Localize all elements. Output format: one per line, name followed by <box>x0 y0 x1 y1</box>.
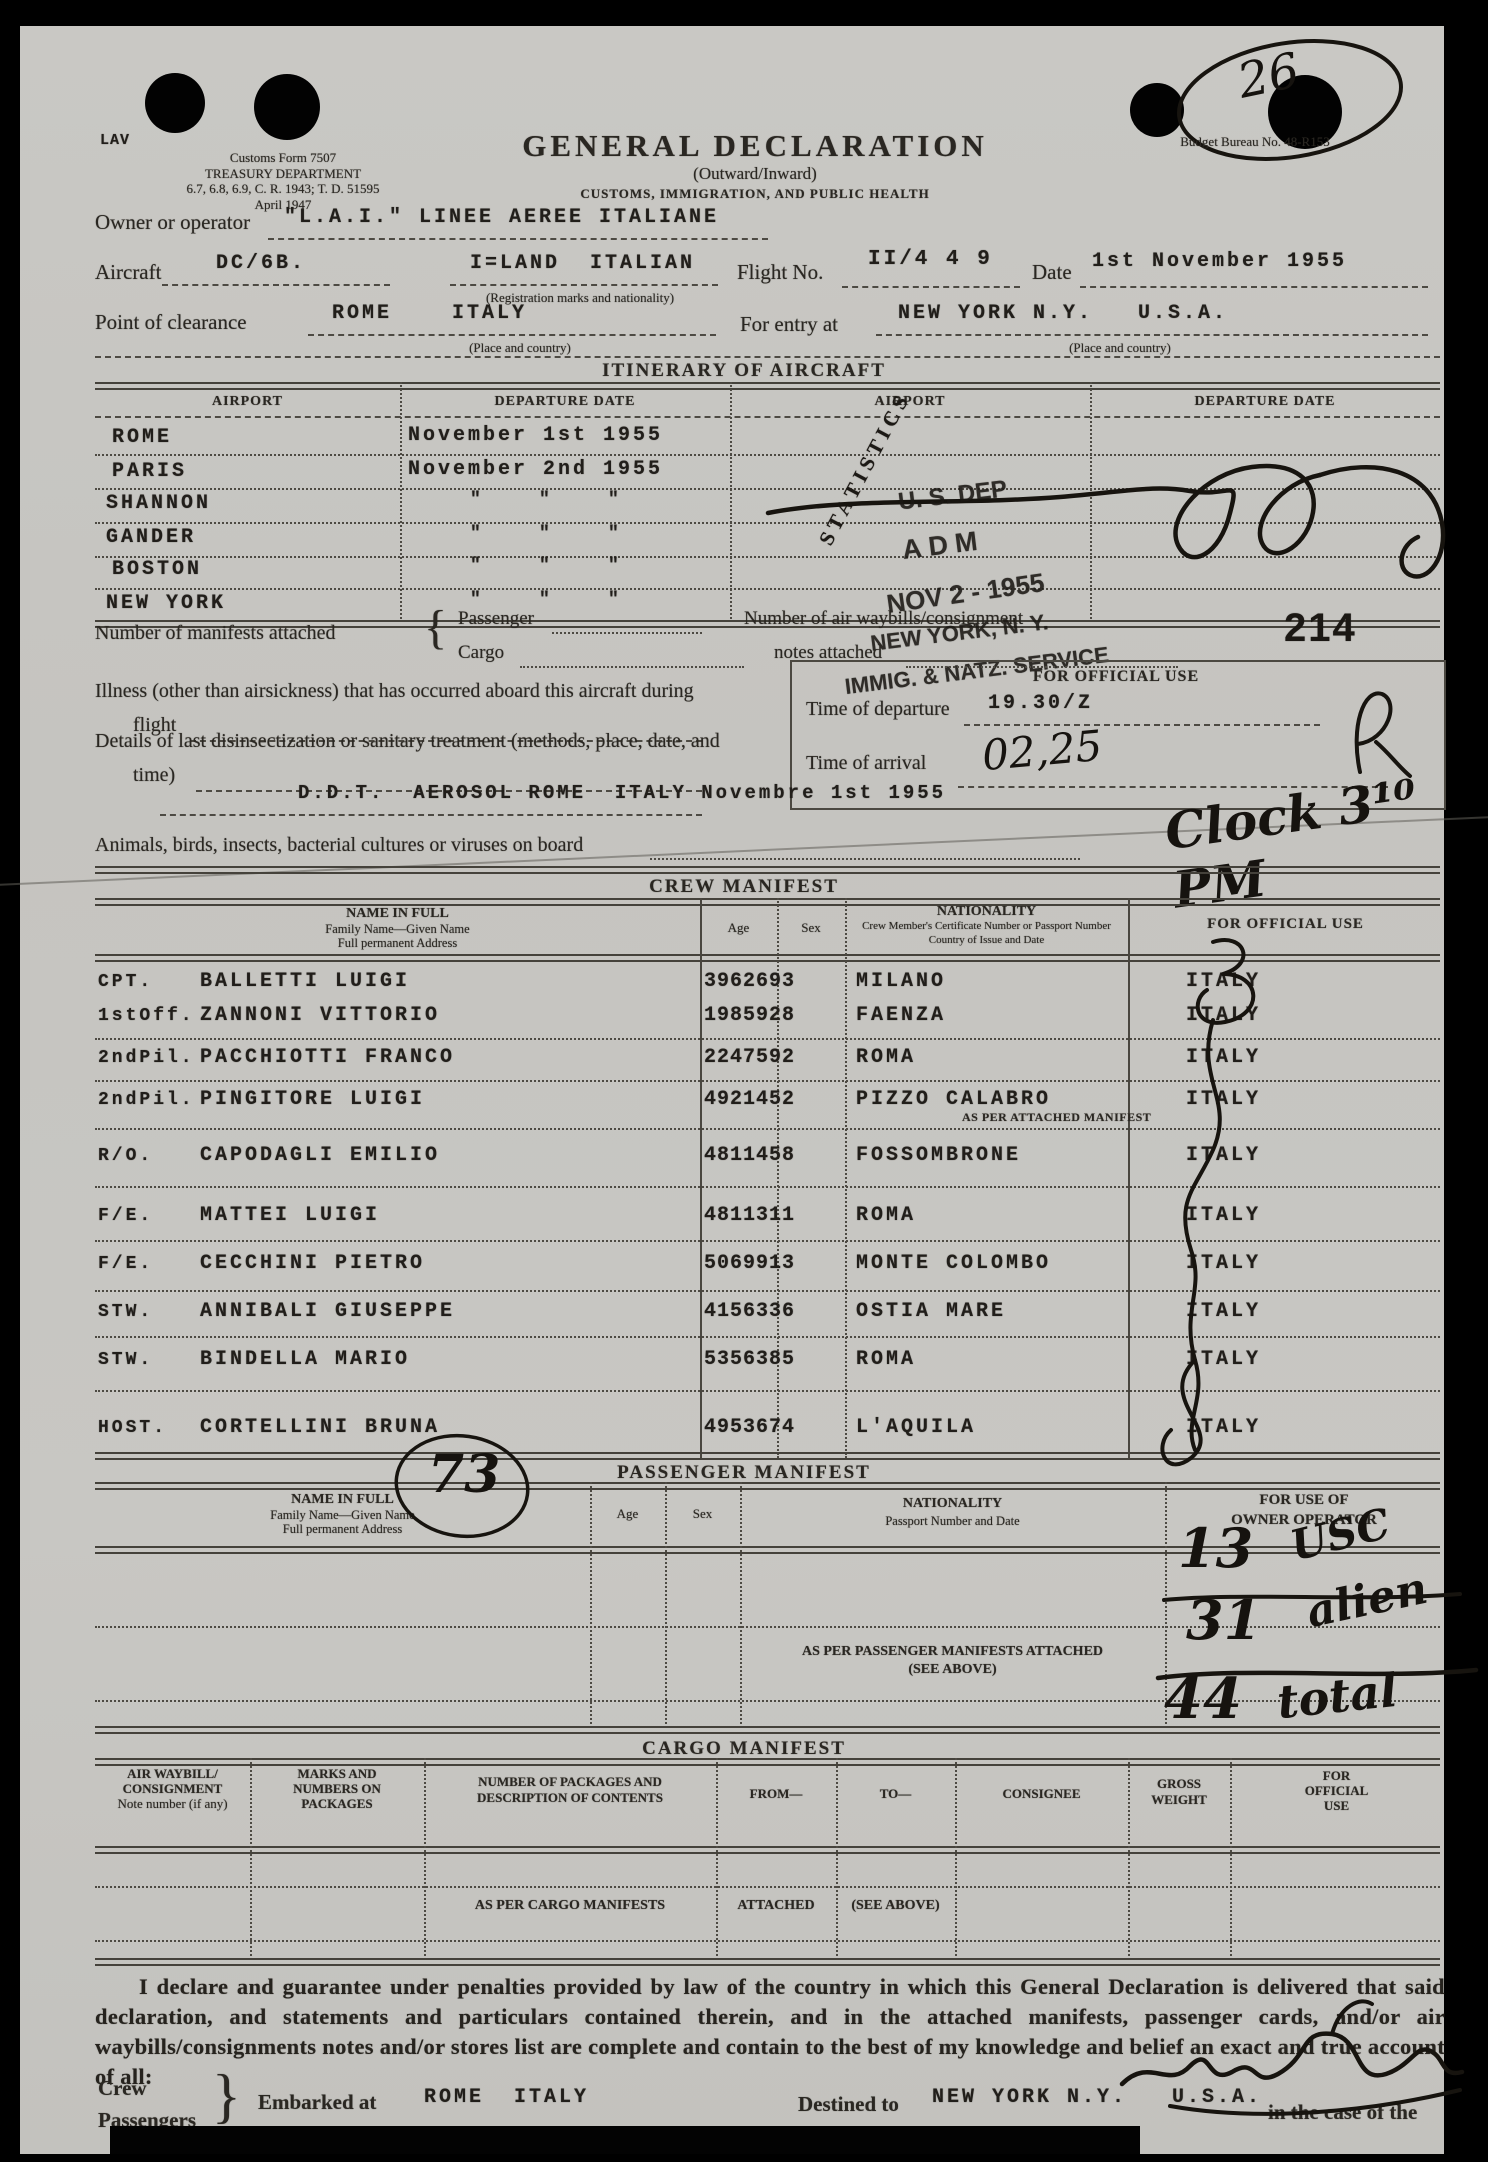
crew-name: CAPODAGLI EMILIO <box>200 1144 440 1167</box>
rule <box>95 1482 1440 1490</box>
arrival-time-label: Time of arrival <box>806 752 926 775</box>
itinerary-header-depdate1: DEPARTURE DATE <box>400 394 730 410</box>
passenger-header-age: Age <box>590 1506 665 1522</box>
rule <box>520 666 744 668</box>
departure-time-value: 19.30/Z <box>988 692 1093 715</box>
owner-label: Owner or operator <box>95 210 250 235</box>
brace: } <box>212 2062 241 2131</box>
column-divider <box>836 1758 838 1960</box>
column-divider <box>716 1758 718 1960</box>
itinerary-airport: GANDER <box>106 526 196 549</box>
flight-label: Flight No. <box>737 260 823 285</box>
crew-number: 5356385 <box>704 1348 795 1371</box>
page-agency: CUSTOMS, IMMIGRATION, AND PUBLIC HEALTH <box>455 186 1055 202</box>
crew-name: PACCHIOTTI FRANCO <box>200 1046 455 1069</box>
cargo-header-line: AIR WAYBILL/ <box>95 1766 250 1781</box>
itinerary-airport: BOSTON <box>112 558 202 581</box>
column-divider <box>845 898 847 1458</box>
budget-bureau-note: Budget Bureau No. 48-R153 <box>1125 134 1385 150</box>
crew-name: PINGITORE LUIGI <box>200 1088 425 1111</box>
crew-number: 3962693 <box>704 970 795 993</box>
itinerary-header-airport1: AIRPORT <box>95 394 400 410</box>
owner-value: "L.A.I." LINEE AEREE ITALIANE <box>284 206 719 229</box>
rule <box>95 866 1440 874</box>
scan-artifact-bar <box>0 2154 1488 2162</box>
cargo-header-marks: MARKS AND NUMBERS ON PACKAGES <box>250 1766 424 1811</box>
cargo-header-line: USE <box>1230 1798 1443 1813</box>
passenger-note-line1: AS PER PASSENGER MANIFESTS ATTACHED <box>740 1644 1165 1660</box>
itinerary-ditto: " " " <box>470 490 622 510</box>
itinerary-ditto: " " " <box>470 524 622 544</box>
crew-label: Crew <box>98 2076 147 2101</box>
aircraft-value: DC/6B. <box>216 252 306 275</box>
rule <box>95 1846 1440 1854</box>
crew-number: 1985928 <box>704 1004 795 1027</box>
brace: { <box>424 600 447 655</box>
rule <box>95 356 1440 358</box>
crew-place: MILANO <box>856 970 946 993</box>
crew-place: MONTE COLOMBO <box>856 1252 1051 1275</box>
itinerary-airport: NEW YORK <box>106 592 226 615</box>
embarked-value: ROME ITALY <box>424 2086 589 2109</box>
rule <box>268 238 768 240</box>
lav-code: LAV <box>100 132 130 149</box>
cargo-header-from: FROM— <box>716 1786 836 1802</box>
inspector-signature <box>760 425 1470 595</box>
animals-label: Animals, birds, insects, bacterial cultu… <box>95 834 583 857</box>
crew-role: F/E. <box>98 1254 153 1274</box>
itinerary-airport: ROME <box>112 426 172 449</box>
column-divider <box>740 1482 742 1728</box>
crew-place: FAENZA <box>856 1004 946 1027</box>
form-ref-line: TREASURY DEPARTMENT <box>118 166 448 182</box>
cargo-header-weight: GROSS WEIGHT <box>1128 1776 1230 1808</box>
form-ref-line: 6.7, 6.8, 6.9, C. R. 1943; T. D. 51595 <box>118 181 448 197</box>
column-divider <box>730 382 732 622</box>
cargo-header-line: DESCRIPTION OF CONTENTS <box>424 1790 716 1806</box>
crew-header-sex: Sex <box>777 920 845 936</box>
itinerary-date: November 2nd 1955 <box>408 458 663 481</box>
illness-label-line1: Illness (other than airsickness) that ha… <box>95 680 694 703</box>
cargo-note-line3: (SEE ABOVE) <box>836 1898 955 1914</box>
crew-name: BINDELLA MARIO <box>200 1348 410 1371</box>
handwritten-alien-count: 31 alien <box>1186 1588 1402 1652</box>
column-divider <box>1230 1758 1232 1960</box>
crew-number: 4811458 <box>704 1144 795 1167</box>
passenger-header-nationality: NATIONALITY <box>740 1496 1165 1512</box>
column-divider <box>424 1758 426 1960</box>
passenger-manifests-label: Passenger <box>458 608 534 630</box>
handwritten-waybill-count: 214 <box>1284 606 1357 651</box>
passenger-header-sex: Sex <box>665 1506 740 1522</box>
rule <box>1080 286 1428 288</box>
date-label: Date <box>1032 260 1072 285</box>
declarant-signature <box>1110 1986 1485 2141</box>
page-subtitle: (Outward/Inward) <box>455 164 1055 184</box>
cargo-note-line2: ATTACHED <box>716 1898 836 1914</box>
crew-place: L'AQUILA <box>856 1416 976 1439</box>
crew-name: MATTEI LUIGI <box>200 1204 380 1227</box>
crew-role: F/E. <box>98 1206 153 1226</box>
crew-header-name-sub1: Family Name—Given Name <box>95 922 700 937</box>
usc-number: 13 <box>1178 1516 1253 1580</box>
crew-number: 4953674 <box>704 1416 795 1439</box>
rule <box>95 1758 1440 1766</box>
clearance-label: Point of clearance <box>95 310 247 335</box>
scanned-document: 26 LAV Customs Form 7507 TREASURY DEPART… <box>0 0 1488 2162</box>
rule <box>876 334 1428 336</box>
crew-name: ANNIBALI GIUSEPPE <box>200 1300 455 1323</box>
itinerary-title: ITINERARY OF AIRCRAFT <box>0 360 1488 382</box>
crew-role: CPT. <box>98 972 153 992</box>
crew-header-age: Age <box>700 920 777 936</box>
cargo-header-line: FOR <box>1230 1768 1443 1783</box>
cargo-header-waybill: AIR WAYBILL/ CONSIGNMENT Note number (if… <box>95 1766 250 1811</box>
rule <box>95 1958 1440 1966</box>
cargo-header-line: PACKAGES <box>250 1796 424 1811</box>
cargo-header-to: TO— <box>836 1786 955 1802</box>
column-divider <box>1128 1758 1130 1960</box>
rule <box>162 284 390 286</box>
embarked-label: Embarked at <box>258 2090 376 2115</box>
waybills-label-line1: Number of air waybills/consignment <box>744 608 1023 630</box>
crew-number: 4156336 <box>704 1300 795 1323</box>
arrival-time-value: 02,25 <box>980 721 1104 780</box>
passenger-header-use1: FOR USE OF <box>1165 1492 1443 1509</box>
page-title: GENERAL DECLARATION <box>455 128 1055 164</box>
column-divider <box>955 1758 957 1960</box>
itinerary-ditto: " " " <box>470 556 622 576</box>
crew-place: OSTIA MARE <box>856 1300 1006 1323</box>
rule <box>160 814 702 816</box>
cargo-header-packages: NUMBER OF PACKAGES AND DESCRIPTION OF CO… <box>424 1774 716 1806</box>
crew-place: PIZZO CALABRO <box>856 1088 1051 1111</box>
crew-number: 4811311 <box>704 1204 795 1227</box>
crew-role: 1stOff. <box>98 1006 195 1026</box>
column-divider <box>665 1482 667 1728</box>
manifests-attached-label: Number of manifests attached <box>95 622 335 645</box>
rule <box>95 898 1440 906</box>
itinerary-airport: PARIS <box>112 460 187 483</box>
cargo-manifests-label: Cargo <box>458 642 504 664</box>
crew-role: 2ndPil. <box>98 1090 195 1110</box>
rule <box>552 632 702 634</box>
destined-label: Destined to <box>798 2092 899 2117</box>
crew-role: R/O. <box>98 1146 153 1166</box>
flight-value: II/4 4 9 <box>868 248 993 271</box>
rule <box>650 858 1080 860</box>
itinerary-header-depdate2: DEPARTURE DATE <box>1090 394 1440 410</box>
cargo-note-line1: AS PER CARGO MANIFESTS <box>424 1898 716 1914</box>
cargo-header-line: NUMBER OF PACKAGES AND <box>424 1774 716 1790</box>
itinerary-date: November 1st 1955 <box>408 424 663 447</box>
crew-header-name-sub2: Full permanent Address <box>95 936 700 951</box>
cargo-manifest-title: CARGO MANIFEST <box>0 1738 1488 1760</box>
crew-place: ROMA <box>856 1204 916 1227</box>
rule <box>95 1886 1440 1888</box>
column-divider <box>250 1758 252 1960</box>
crew-header-nationality-sub1: Crew Member's Certificate Number or Pass… <box>845 920 1128 932</box>
crew-number: 2247592 <box>704 1046 795 1069</box>
cargo-header-line: OFFICIAL <box>1230 1783 1443 1798</box>
crew-name: CECCHINI PIETRO <box>200 1252 425 1275</box>
passenger-manifest-title: PASSENGER MANIFEST <box>0 1462 1488 1484</box>
total-number: 44 <box>1164 1666 1242 1732</box>
departure-time-label: Time of departure <box>806 698 950 721</box>
crew-number: 5069913 <box>704 1252 795 1275</box>
cargo-header-line: GROSS <box>1128 1776 1230 1792</box>
crew-name: ZANNONI VITTORIO <box>200 1004 440 1027</box>
column-divider <box>400 382 402 622</box>
handwritten-flourish <box>1336 682 1420 782</box>
handwritten-circle-mark: 73 <box>428 1444 500 1505</box>
disinsect-label-line1: Details of last disinsectization or sani… <box>95 730 720 753</box>
official-use-scrawl <box>1095 930 1315 1475</box>
passenger-note-line2: (SEE ABOVE) <box>740 1662 1165 1678</box>
crew-header-nationality-sub2: Country of Issue and Date <box>845 934 1128 946</box>
crew-name: BALLETTI LUIGI <box>200 970 410 993</box>
rule <box>95 416 1440 418</box>
alien-number: 31 <box>1186 1588 1261 1652</box>
rule <box>964 724 1320 726</box>
aircraft-label: Aircraft <box>95 260 161 285</box>
clearance-caption: (Place and country) <box>400 340 640 356</box>
entry-caption: (Place and country) <box>1000 340 1240 356</box>
handwritten-usc-count: 13 USC <box>1178 1516 1372 1580</box>
rule <box>95 1940 1440 1942</box>
crew-place: ROMA <box>856 1348 916 1371</box>
entry-label: For entry at <box>740 312 838 337</box>
handwritten-total-count: 44 total <box>1164 1666 1382 1732</box>
crew-header-name: NAME IN FULL <box>95 906 700 922</box>
cargo-header-official: FOR OFFICIAL USE <box>1230 1768 1443 1813</box>
crew-place: ROMA <box>856 1046 916 1069</box>
column-divider <box>590 1482 592 1728</box>
cargo-header-line: CONSIGNMENT <box>95 1781 250 1796</box>
crew-role: STW. <box>98 1350 153 1370</box>
form-ref-line: Customs Form 7507 <box>118 150 448 166</box>
date-value: 1st November 1955 <box>1092 250 1347 273</box>
rule <box>842 286 1020 288</box>
punch-hole <box>145 73 205 133</box>
rule <box>95 382 1440 390</box>
passenger-header-nationality-sub: Passport Number and Date <box>740 1514 1165 1529</box>
form-reference: Customs Form 7507 TREASURY DEPARTMENT 6.… <box>118 150 448 212</box>
disinsect-value: D.D.T. AEROSOL ROME ITALY Novembre 1st 1… <box>298 782 946 804</box>
crew-place: FOSSOMBRONE <box>856 1144 1021 1167</box>
crew-manifest-title: CREW MANIFEST <box>0 876 1488 898</box>
punch-hole <box>254 74 320 140</box>
entry-value: NEW YORK N.Y. U.S.A. <box>898 302 1228 325</box>
cargo-header-line: WEIGHT <box>1128 1792 1230 1808</box>
itinerary-airport: SHANNON <box>106 492 211 515</box>
registration-value: I=LAND ITALIAN <box>470 252 695 275</box>
crew-role: 2ndPil. <box>98 1048 195 1068</box>
crew-number: 4921452 <box>704 1088 795 1111</box>
cargo-header-consignee: CONSIGNEE <box>955 1786 1128 1802</box>
crew-role: HOST. <box>98 1418 167 1438</box>
rule <box>450 284 718 286</box>
clearance-value: ROME ITALY <box>332 302 527 325</box>
crew-role: STW. <box>98 1302 153 1322</box>
disinsect-label-line2: time) <box>133 764 175 787</box>
crew-header-nationality: NATIONALITY <box>845 904 1128 920</box>
cargo-header-line: NUMBERS ON <box>250 1781 424 1796</box>
itinerary-ditto: " " " <box>470 590 622 610</box>
total-word: total <box>1275 1663 1400 1729</box>
cargo-header-line: MARKS AND <box>250 1766 424 1781</box>
rule <box>308 334 716 336</box>
column-divider <box>700 898 702 1458</box>
cargo-header-line: Note number (if any) <box>95 1796 250 1811</box>
